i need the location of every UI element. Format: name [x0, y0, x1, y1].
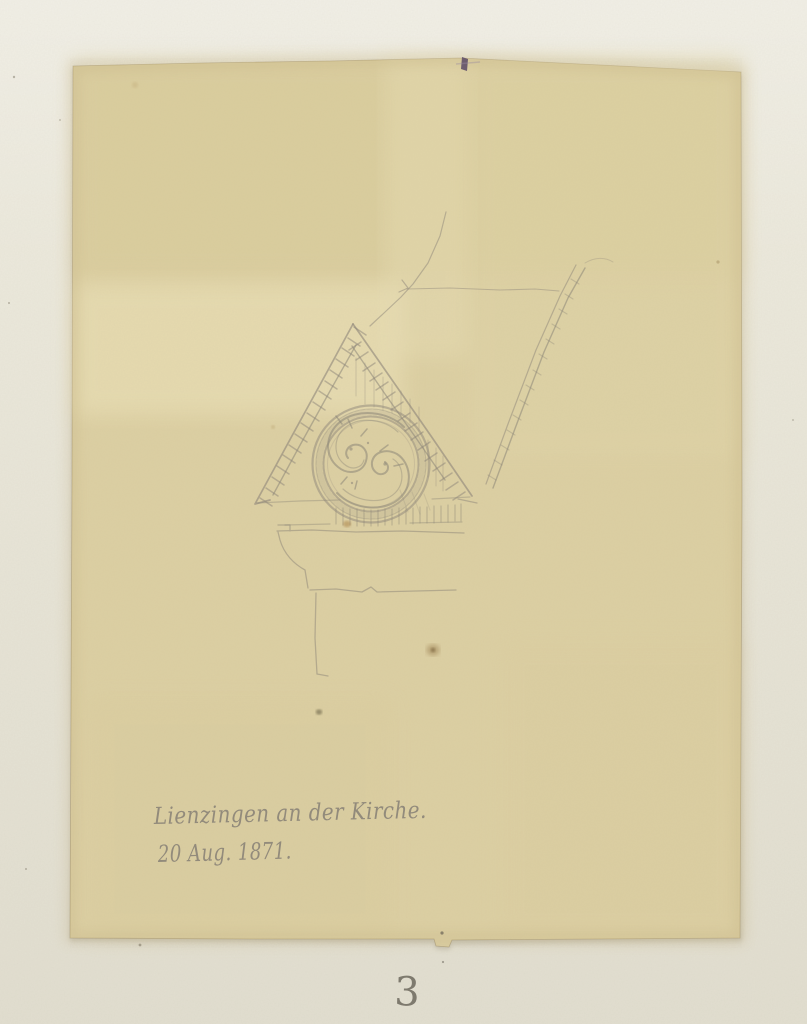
- scanned-drawing: Lienzingen an der Kirche. 20 Aug. 1871. …: [0, 0, 807, 1024]
- stain-faint-dot-left: [271, 425, 275, 429]
- stain-fleck: [343, 521, 351, 527]
- stain-top-left: [132, 82, 138, 88]
- stain-dark-speck: [316, 709, 322, 715]
- scan-page: { "artwork": { "inscription": { "line1":…: [0, 0, 807, 1024]
- stain-spot-core: [431, 648, 435, 652]
- bottom-edge-speck: [440, 931, 443, 934]
- artwork-scan: Lienzingen an der Kirche. 20 Aug. 1871. …: [0, 0, 807, 1024]
- stain-right-edge-dot: [716, 260, 719, 263]
- inscription-line2: 20 Aug. 1871.: [157, 836, 292, 868]
- sheet-number: 3: [394, 969, 421, 1016]
